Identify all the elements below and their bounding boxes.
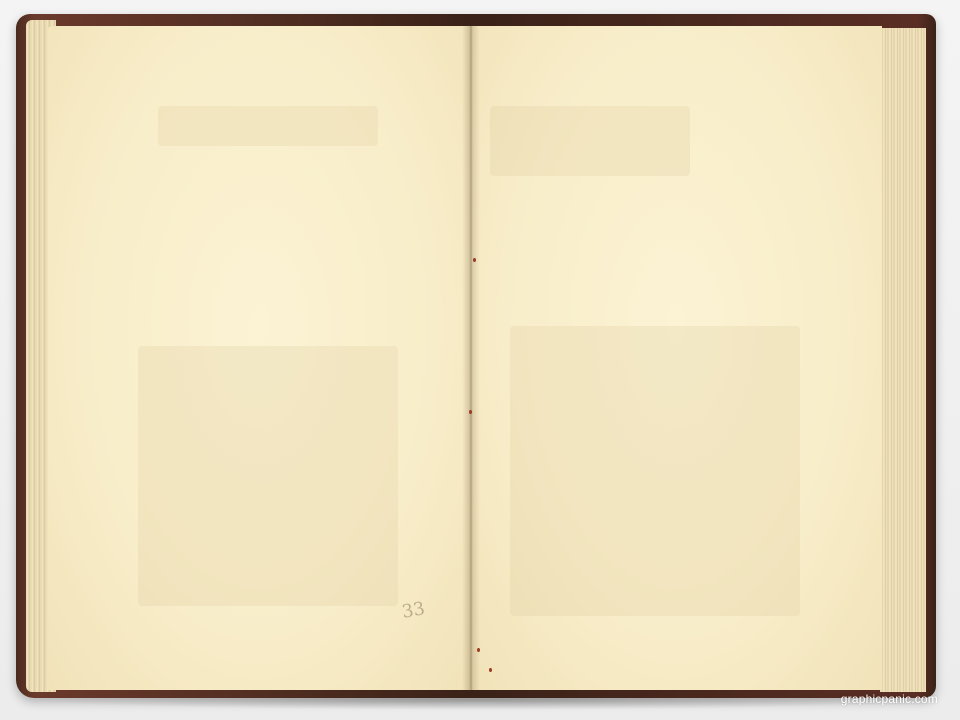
ink-spot	[489, 668, 492, 672]
left-page	[48, 26, 470, 690]
ink-spot	[477, 648, 480, 652]
ink-spot	[469, 410, 472, 414]
bleed-through-text	[490, 106, 690, 176]
bleed-through-text	[158, 106, 378, 146]
ink-spot	[473, 258, 476, 262]
right-page-edges	[880, 28, 926, 692]
book-gutter	[462, 26, 480, 690]
bleed-through-illustration	[510, 326, 800, 616]
page-mark: 33	[400, 598, 426, 623]
bleed-through-illustration	[138, 346, 398, 606]
right-page	[470, 26, 882, 690]
watermark: graphicpanic.com	[841, 692, 938, 706]
